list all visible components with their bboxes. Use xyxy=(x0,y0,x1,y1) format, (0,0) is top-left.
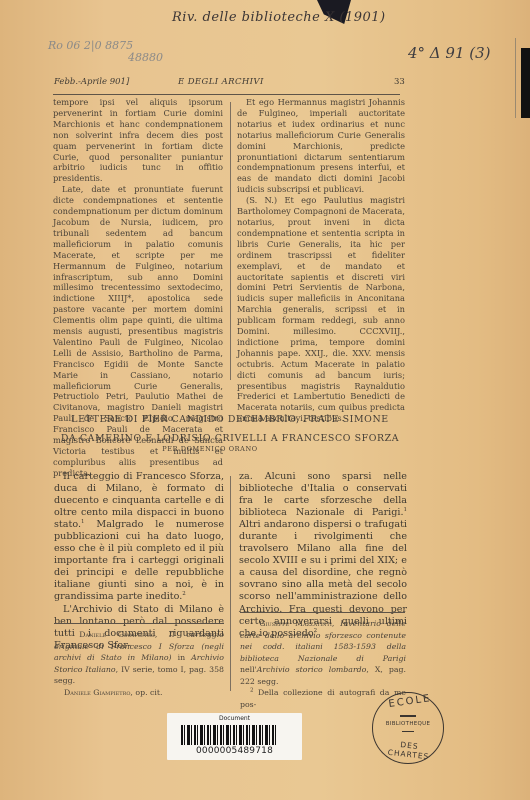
stamp-top-text: ECOLE xyxy=(384,693,435,711)
footnote: 1 Daniele Giampietro, Il carteggio origi… xyxy=(54,629,224,687)
paragraph: za. Alcuni sono sparsi nelle biblioteche… xyxy=(239,471,407,640)
stamp-middle-text: BIBLIOTHEQUE xyxy=(373,721,443,727)
handwritten-title: Riv. delle biblioteche X (1901) xyxy=(172,10,386,25)
column-divider xyxy=(230,102,231,380)
article-right-column: za. Alcuni sono sparsi nelle biblioteche… xyxy=(239,471,407,640)
article-title-line-1: LETTERE DI PIER CANDIDO DECEMBRIO, FRATE… xyxy=(30,410,430,429)
footnote-ref: 1 xyxy=(404,507,408,513)
pencil-number-2: 48880 xyxy=(48,52,163,64)
footnotes-left: 1 Daniele Giampietro, Il carteggio origi… xyxy=(54,629,224,698)
article-byline: PER DOMENICO ORANO xyxy=(150,445,270,453)
paragraph: (S. N.) Et ego Paulutius magistri Bartho… xyxy=(237,195,405,424)
footnote: Daniele Giampietro, op. cit. xyxy=(54,687,224,699)
stamp-small-bar xyxy=(402,731,414,732)
page-edge-line xyxy=(515,38,516,118)
barcode-icon xyxy=(181,725,278,745)
stamp-bottom-text: DES CHARTES xyxy=(378,738,440,762)
footnote-rule xyxy=(54,623,224,624)
running-head: Febb.-Aprile 901] E DEGLI ARCHIVI 33 xyxy=(54,77,404,91)
upper-right-column: Et ego Hermannus magistri Johannis de Fu… xyxy=(237,97,405,424)
scanned-page: Riv. delle biblioteche X (1901) Ro 06 2|… xyxy=(0,0,530,800)
page-number: 33 xyxy=(394,77,405,87)
running-head-title: E DEGLI ARCHIVI xyxy=(178,77,264,87)
paragraph: Et ego Hermannus magistri Johannis de Fu… xyxy=(237,97,405,195)
column-divider xyxy=(230,476,231,691)
library-stamp: ECOLE BIBLIOTHEQUE DES CHARTES xyxy=(372,692,444,764)
barcode-number: 0000005489718 xyxy=(167,746,302,756)
barcode-title: Document xyxy=(167,715,302,722)
pencil-catalog-numbers: Ro 06 2|0 8875 48880 xyxy=(48,40,163,64)
footnote: 1 Giuseppe Mazzatinti, Inventario delle … xyxy=(240,618,406,687)
footnote-ref: 2 xyxy=(182,591,186,597)
article-title: LETTERE DI PIER CANDIDO DECEMBRIO, FRATE… xyxy=(30,410,430,448)
paragraph: Il carteggio di Francesco Sforza, duca d… xyxy=(54,471,224,604)
footnotes-right: 1 Giuseppe Mazzatinti, Inventario delle … xyxy=(240,618,406,710)
header-rule xyxy=(53,94,400,95)
page-edge-shadow xyxy=(521,48,530,118)
barcode-label: Document 0000005489718 xyxy=(167,713,302,760)
paragraph: tempore ipsi vel aliquis ipsorum pervene… xyxy=(53,97,223,184)
article-left-column: Il carteggio di Francesco Sforza, duca d… xyxy=(54,471,224,652)
stamp-bar xyxy=(400,715,416,717)
footnote-rule xyxy=(240,612,405,613)
running-head-date: Febb.-Aprile 901] xyxy=(54,77,129,87)
shelf-mark: 4° Δ 91 (3) xyxy=(408,44,491,62)
